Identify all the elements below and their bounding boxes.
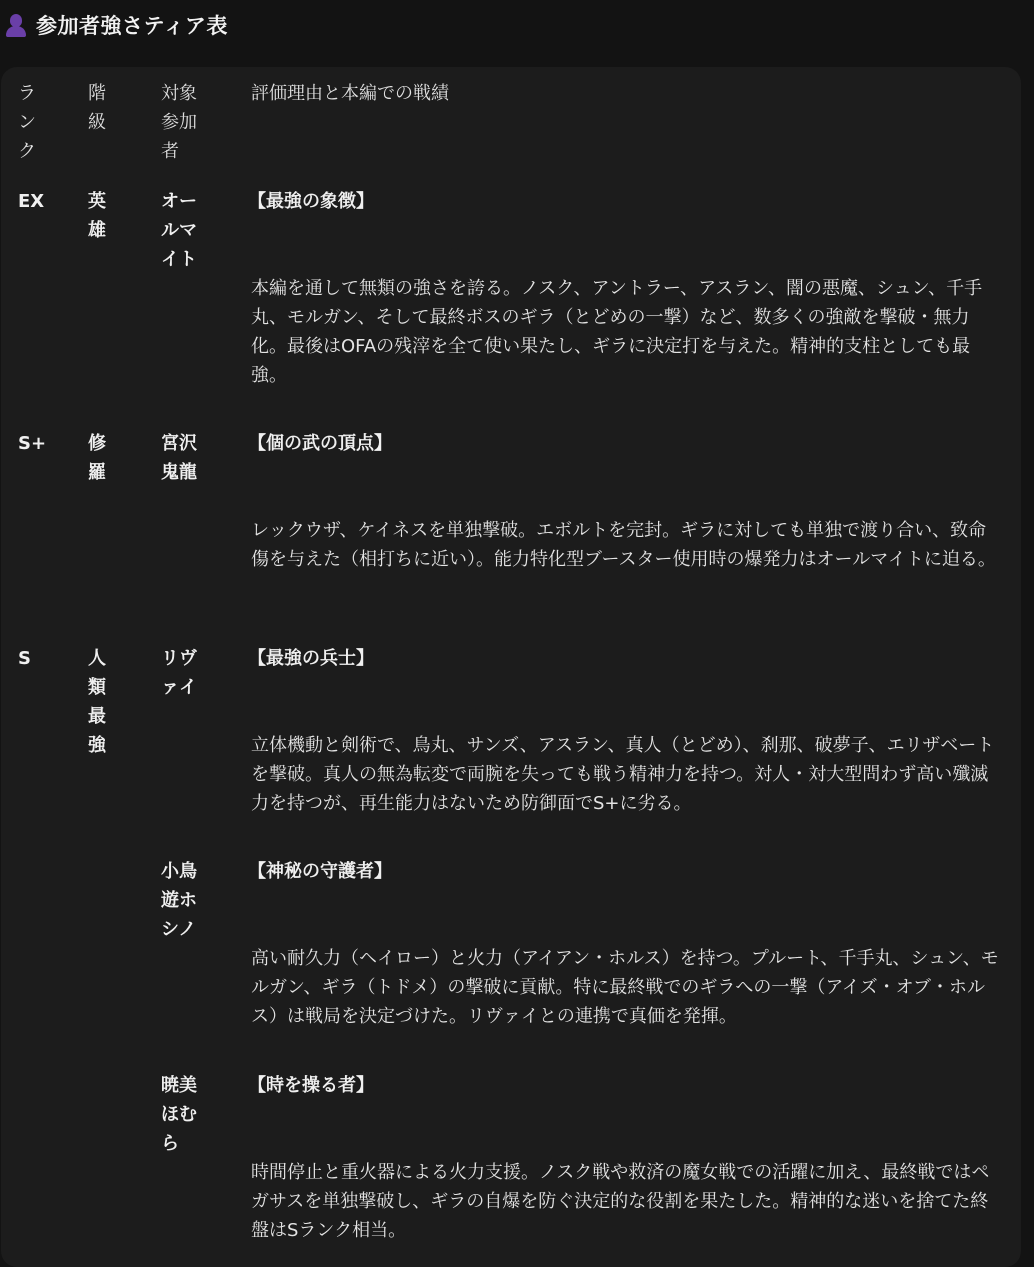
reason-text: 時間停止と重火器による火力支援。ノスク戦や救済の魔女戦での活躍に加え、最終戦では…: [251, 1158, 1003, 1245]
participant-cell: 暁美ほむら: [161, 1071, 205, 1158]
reason-text: レックウザ、ケイネスを単独撃破。エボルトを完封。ギラに対しても単独で渡り合い、致…: [251, 516, 1003, 574]
column-header-reason: 評価理由と本編での戦績: [251, 79, 1003, 108]
reason-cell: 【個の武の頂点】 レックウザ、ケイネスを単独撃破。エボルトを完封。ギラに対しても…: [251, 429, 1003, 574]
participant-cell: 宮沢鬼龍: [161, 429, 205, 487]
column-header-participant: 対象参加者: [161, 79, 205, 166]
section-title: 参加者強さティア表: [36, 10, 228, 40]
reason-title: 【最強の兵士】: [248, 644, 1003, 673]
reason-text: 高い耐久力（ヘイロー）と火力（アイアン・ホルス）を持つ。プルート、千手丸、シュン…: [251, 944, 1003, 1031]
tier-table: ランク 階級 対象参加者 評価理由と本編での戦績 EX 英雄 オールマイト 【最…: [1, 67, 1021, 1250]
section-header: 参加者強さティア表: [4, 8, 228, 42]
participant-cell: リヴァイ: [161, 644, 205, 702]
reason-title: 【個の武の頂点】: [248, 429, 1003, 458]
reason-title: 【時を操る者】: [248, 1071, 1003, 1100]
reason-cell: 【最強の兵士】 立体機動と剣術で、鳥丸、サンズ、アスラン、真人（とどめ）、刹那、…: [251, 644, 1003, 818]
reason-title: 【神秘の守護者】: [248, 857, 1003, 886]
reason-title: 【最強の象徴】: [248, 187, 1003, 216]
participant-cell: 小鳥遊ホシノ: [161, 857, 205, 944]
participant-cell: オールマイト: [161, 187, 205, 274]
class-cell: 人類最強: [88, 644, 110, 760]
reason-text: 本編を通して無類の強さを誇る。ノスク、アントラー、アスラン、闇の悪魔、シュン、千…: [251, 274, 1003, 390]
class-cell: 英雄: [88, 187, 110, 245]
rank-cell: S: [18, 644, 58, 673]
reason-cell: 【時を操る者】 時間停止と重火器による火力支援。ノスク戦や救済の魔女戦での活躍に…: [251, 1071, 1003, 1245]
rank-cell: S+: [18, 429, 58, 458]
reason-cell: 【最強の象徴】 本編を通して無類の強さを誇る。ノスク、アントラー、アスラン、闇の…: [251, 187, 1003, 390]
column-header-rank: ランク: [18, 79, 38, 166]
class-cell: 修羅: [88, 429, 110, 487]
rank-cell: EX: [18, 187, 58, 216]
reason-text: 立体機動と剣術で、鳥丸、サンズ、アスラン、真人（とどめ）、刹那、破夢子、エリザベ…: [251, 731, 1003, 818]
bust-in-silhouette-icon: [4, 12, 28, 38]
column-header-class: 階級: [88, 79, 110, 137]
reason-cell: 【神秘の守護者】 高い耐久力（ヘイロー）と火力（アイアン・ホルス）を持つ。プルー…: [251, 857, 1003, 1031]
